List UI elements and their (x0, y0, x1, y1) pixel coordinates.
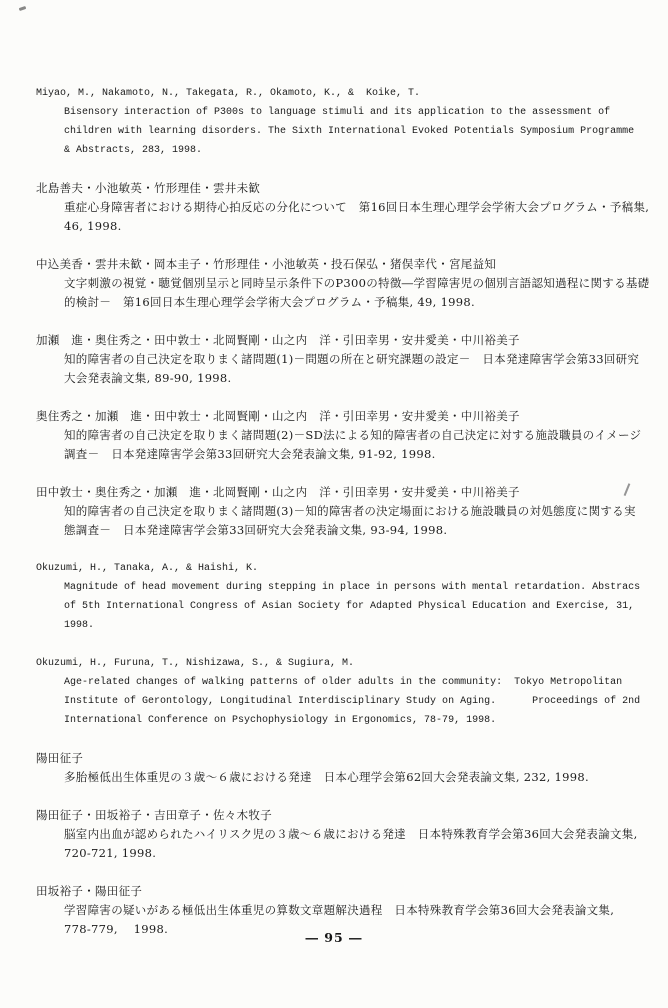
reference-line: 大会発表論文集, 89-90, 1998. (36, 369, 646, 388)
reference-authors: 田坂裕子・陽田征子 (36, 882, 646, 901)
reference-line: 的検討－ 第16回日本生理心理学会学術大会プログラム・予稿集, 49, 1998… (36, 293, 646, 312)
reference-entry: 中込美香・雲井未歓・岡本圭子・竹形理佳・小池敏英・投石保弘・猪俣幸代・宮尾益知文… (36, 255, 646, 312)
reference-line: 文字刺激の視覚・聴覚個別呈示と同時呈示条件下のP300の特徴―学習障害児の個別言… (36, 274, 646, 293)
reference-line: Magnitude of head movement during steppi… (36, 578, 646, 597)
reference-entry: 北島善夫・小池敏英・竹形理佳・雲井未歓重症心身障害者における期待心拍反応の分化に… (36, 179, 646, 236)
document-page: Miyao, M., Nakamoto, N., Takegata, R., O… (0, 0, 668, 1008)
reference-authors: 奥住秀之・加瀬 進・田中敦士・北岡賢剛・山之内 洋・引田幸男・安井愛美・中川裕美… (36, 407, 646, 426)
reference-line: 重症心身障害者における期待心拍反応の分化について 第16回日本生理心理学会学術大… (36, 198, 646, 217)
reference-authors: 中込美香・雲井未歓・岡本圭子・竹形理佳・小池敏英・投石保弘・猪俣幸代・宮尾益知 (36, 255, 646, 274)
reference-line: 多胎極低出生体重児の３歳～６歳における発達 日本心理学会第62回大会発表論文集,… (36, 768, 646, 787)
reference-authors: 北島善夫・小池敏英・竹形理佳・雲井未歓 (36, 179, 646, 198)
reference-entry: 奥住秀之・加瀬 進・田中敦士・北岡賢剛・山之内 洋・引田幸男・安井愛美・中川裕美… (36, 407, 646, 464)
reference-entry: Miyao, M., Nakamoto, N., Takegata, R., O… (36, 84, 646, 160)
reference-list: Miyao, M., Nakamoto, N., Takegata, R., O… (36, 84, 646, 958)
reference-line: 46, 1998. (36, 217, 646, 236)
reference-entry: 陽田征子・田坂裕子・吉田章子・佐々木牧子脳室内出血が認められたハイリスク児の３歳… (36, 806, 646, 863)
reference-authors: Okuzumi, H., Tanaka, A., & Haishi, K. (36, 559, 646, 578)
reference-entry: 田中敦士・奥住秀之・加瀬 進・北岡賢剛・山之内 洋・引田幸男・安井愛美・中川裕美… (36, 483, 646, 540)
reference-entry: 陽田征子多胎極低出生体重児の３歳～６歳における発達 日本心理学会第62回大会発表… (36, 749, 646, 787)
reference-line: 知的障害者の自己決定を取りまく諸問題(3)－知的障害者の決定場面における施設職員… (36, 502, 646, 521)
reference-line: Bisensory interaction of P300s to langua… (36, 103, 646, 122)
reference-line: 学習障害の疑いがある極低出生体重児の算数文章題解決過程 日本特殊教育学会第36回… (36, 901, 646, 920)
reference-authors: Miyao, M., Nakamoto, N., Takegata, R., O… (36, 84, 646, 103)
reference-line: International Conference on Psychophysio… (36, 711, 646, 730)
reference-line: Age-related changes of walking patterns … (36, 673, 646, 692)
reference-authors: Okuzumi, H., Furuna, T., Nishizawa, S., … (36, 654, 646, 673)
reference-line: 720-721, 1998. (36, 844, 646, 863)
reference-authors: 陽田征子・田坂裕子・吉田章子・佐々木牧子 (36, 806, 646, 825)
reference-line: Institute of Gerontology, Longitudinal I… (36, 692, 646, 711)
reference-entry: Okuzumi, H., Furuna, T., Nishizawa, S., … (36, 654, 646, 730)
reference-line: 知的障害者の自己決定を取りまく諸問題(1)－問題の所在と研究課題の設定－ 日本発… (36, 350, 646, 369)
reference-authors: 陽田征子 (36, 749, 646, 768)
reference-line: 知的障害者の自己決定を取りまく諸問題(2)－SD法による知的障害者の自己決定に対… (36, 426, 646, 445)
reference-line: 脳室内出血が認められたハイリスク児の３歳～６歳における発達 日本特殊教育学会第3… (36, 825, 646, 844)
page-number: ― 95 ― (0, 930, 668, 945)
reference-line: 1998. (36, 616, 646, 635)
reference-authors: 田中敦士・奥住秀之・加瀬 進・北岡賢剛・山之内 洋・引田幸男・安井愛美・中川裕美… (36, 483, 646, 502)
reference-entry: 加瀬 進・奥住秀之・田中敦士・北岡賢剛・山之内 洋・引田幸男・安井愛美・中川裕美… (36, 331, 646, 388)
reference-line: 態調査－ 日本発達障害学会第33回研究大会発表論文集, 93-94, 1998. (36, 521, 646, 540)
reference-line: 調査－ 日本発達障害学会第33回研究大会発表論文集, 91-92, 1998. (36, 445, 646, 464)
reference-line: children with learning disorders. The Si… (36, 122, 646, 141)
reference-line: & Abstracts, 283, 1998. (36, 141, 646, 160)
reference-line: of 5th International Congress of Asian S… (36, 597, 646, 616)
reference-authors: 加瀬 進・奥住秀之・田中敦士・北岡賢剛・山之内 洋・引田幸男・安井愛美・中川裕美… (36, 331, 646, 350)
reference-entry: Okuzumi, H., Tanaka, A., & Haishi, K.Mag… (36, 559, 646, 635)
scan-artifact (19, 6, 27, 11)
